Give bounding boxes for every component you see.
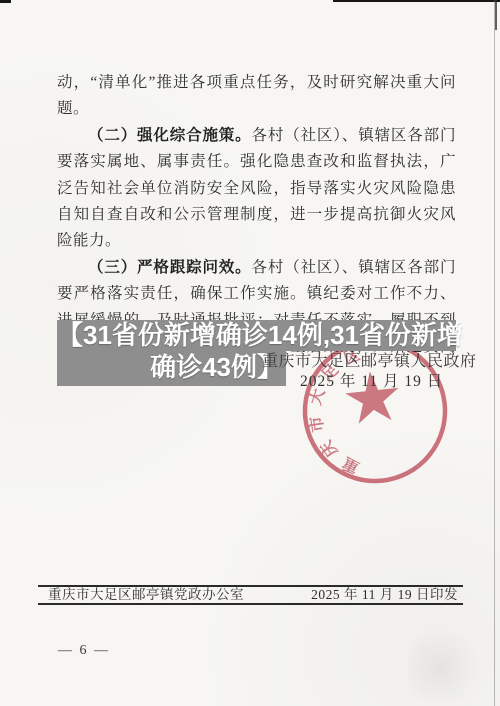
footer-office: 重庆市大足区邮亭镇党政办公室 — [48, 586, 244, 603]
paragraph-lead: （三）严格跟踪问效。 — [88, 259, 252, 276]
scan-edge-right-line — [494, 0, 495, 706]
scan-edge-right-dark — [495, 0, 497, 30]
paragraph-item-2: （二）强化综合施策。各村（社区）、镇辖区各部门要落实属地、属事责任。强化隐患查改… — [57, 123, 456, 255]
scanned-document-page: 动，“清单化”推进各项重点任务，及时研究解决重大问题。 （二）强化综合施策。各村… — [0, 0, 500, 706]
issue-date: 2025 年 11 月 19 日 — [300, 369, 443, 391]
scan-edge-top-line — [333, 0, 500, 2]
footer-rule-bottom — [38, 603, 463, 605]
paragraph-text: 各村（社区）、镇辖区各部门要落实属地、属事责任。强化隐患查改和监督执法，广泛告知… — [57, 127, 456, 250]
paragraph-lead: （二）强化综合施策。 — [88, 127, 252, 144]
scan-smudge — [408, 620, 488, 700]
issuer-name: 重庆市大足区邮亭镇人民政府 — [262, 348, 477, 371]
headline-line-1: 【31省份新增确诊14例,31省份新增 — [57, 320, 456, 351]
page-number: — 6 — — [58, 643, 110, 659]
headline-line-2: 确诊43例】 — [57, 351, 286, 386]
paragraph-continued: 动，“清单化”推进各项重点任务，及时研究解决重大问题。 — [57, 70, 456, 123]
scan-edge-corner-mark — [0, 0, 11, 3]
paragraph-text: 动，“清单化”推进各项重点任务，及时研究解决重大问题。 — [57, 74, 456, 117]
footer-print-date: 2025 年 11 月 19 日印发 — [311, 586, 458, 603]
